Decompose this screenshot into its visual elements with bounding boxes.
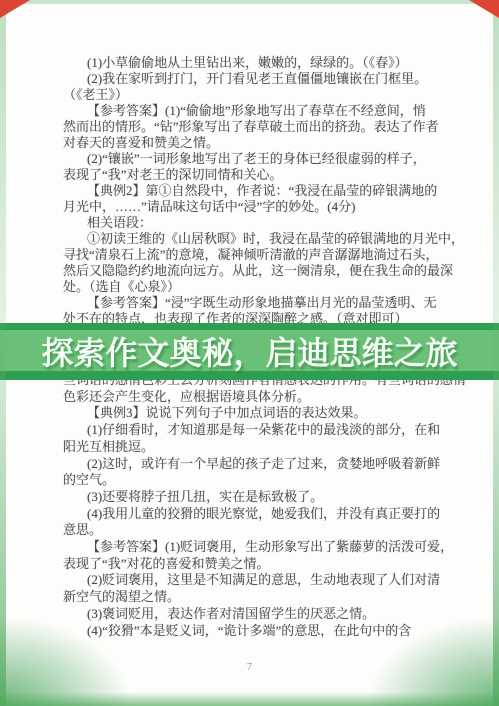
text-line: 【典例3】说说下列句子中加点词语的表达效果。 xyxy=(63,405,447,422)
text-line: 寻找“清泉石上流”的意境，凝神倾听清澈的声音潺潺地淌过石头， xyxy=(63,247,447,263)
article-thumbnail: { "banner": { "text": "探索作文奥秘，启迪思维之旅", "… xyxy=(0,0,499,706)
text-line: (2)这时，或许有一个早起的孩子走了过来，贪婪地呼吸着新鲜 xyxy=(63,456,447,473)
document-text-lower: 些词语的感情色彩上去分析刻画作者情感表达的作用。有些词语的感情色彩还会产生变化，… xyxy=(63,372,447,639)
document-text-upper: (1)小草偷偷地从土里钻出来，嫩嫩的，绿绿的。（《春》）(2)我在家听到打门，开… xyxy=(63,55,447,327)
text-line: 的空气。 xyxy=(63,472,447,489)
text-line: 然后又隐隐约约地流向远方。从此，这一阕清泉，便在我生命的最深 xyxy=(63,263,447,279)
text-line: (2)“镶嵌”一词形象地写出了老王的身体已经很虚弱的样子， xyxy=(63,151,447,167)
text-line: 然而出的情形。“钻”形象写出了春草破土而出的挤劲。表达了作者 xyxy=(63,119,447,135)
text-line: 色彩还会产生变化，应根据语境具体分析。 xyxy=(63,389,447,406)
text-line: 【参考答案】“浸”字既生动形象地描摹出月光的晶莹透明、无 xyxy=(63,295,447,311)
banner-title: 探索作文奥秘，启迪思维之旅 xyxy=(41,328,457,374)
text-line: (3)褒词贬用，表达作者对清国留学生的厌恶之情。 xyxy=(63,606,447,623)
title-banner: 探索作文奥秘，启迪思维之旅 xyxy=(0,323,499,380)
green-edge-bottom xyxy=(0,692,499,706)
title-banner-inner: 探索作文奥秘，启迪思维之旅 xyxy=(0,330,499,371)
page-number: 7 xyxy=(0,661,499,673)
text-line: 表现了“我”对老王的深切同情和关心。 xyxy=(63,167,447,183)
text-line: 处。（选自《心泉》） xyxy=(63,279,447,295)
text-line: 月光中，……”请品味这句话中“浸”字的妙处。(4分) xyxy=(63,199,447,215)
text-line: 意思。 xyxy=(63,522,447,539)
green-edge-top xyxy=(0,0,499,4)
text-line: 相关语段： xyxy=(63,215,447,231)
red-ribbon-corner-top-left-icon xyxy=(0,0,30,18)
text-line: (3)还要将脖子扭几扭，实在是标致极了。 xyxy=(63,489,447,506)
text-line: 表现了“我”对花的喜爱和赞美之情。 xyxy=(63,556,447,573)
text-line: 新空气的渴望之情。 xyxy=(63,589,447,606)
text-line: ①初读王维的《山居秋暝》时，我浸在晶莹的碎银满地的月光中， xyxy=(63,231,447,247)
text-line: (1)仔细看时，才知道那是每一朵紫花中的最浅淡的部分，在和 xyxy=(63,422,447,439)
text-line: （《老王》） xyxy=(63,87,447,103)
text-line: 阳光互相挑逗。 xyxy=(63,439,447,456)
text-line: 对春天的喜爱和赞美之情。 xyxy=(63,135,447,151)
text-line: 【参考答案】(1)“偷偷地”形象地写出了春草在不经意间，悄 xyxy=(63,103,447,119)
text-line: 【参考答案】(1)贬词褒用，生动形象写出了紫藤萝的活泼可爱， xyxy=(63,539,447,556)
text-line: (4)“狡猾”本是贬义词，“诡计多端”的意思，在此句中的含 xyxy=(63,623,447,640)
text-line: (2)我在家听到打门，开门看见老王直僵僵地镶嵌在门框里。 xyxy=(63,71,447,87)
text-line: 【典例2】第①自然段中，作者说：“我浸在晶莹的碎银满地的 xyxy=(63,183,447,199)
text-line: (1)小草偷偷地从土里钻出来，嫩嫩的，绿绿的。（《春》） xyxy=(63,55,447,71)
red-ribbon-corner-top-right-icon xyxy=(469,0,499,18)
text-line: (2)贬词褒用，这里是不知满足的意思，生动地表现了人们对清 xyxy=(63,572,447,589)
text-line: (4)我用儿童的狡猾的眼光察觉，她爱我们，并没有真正要打的 xyxy=(63,506,447,523)
